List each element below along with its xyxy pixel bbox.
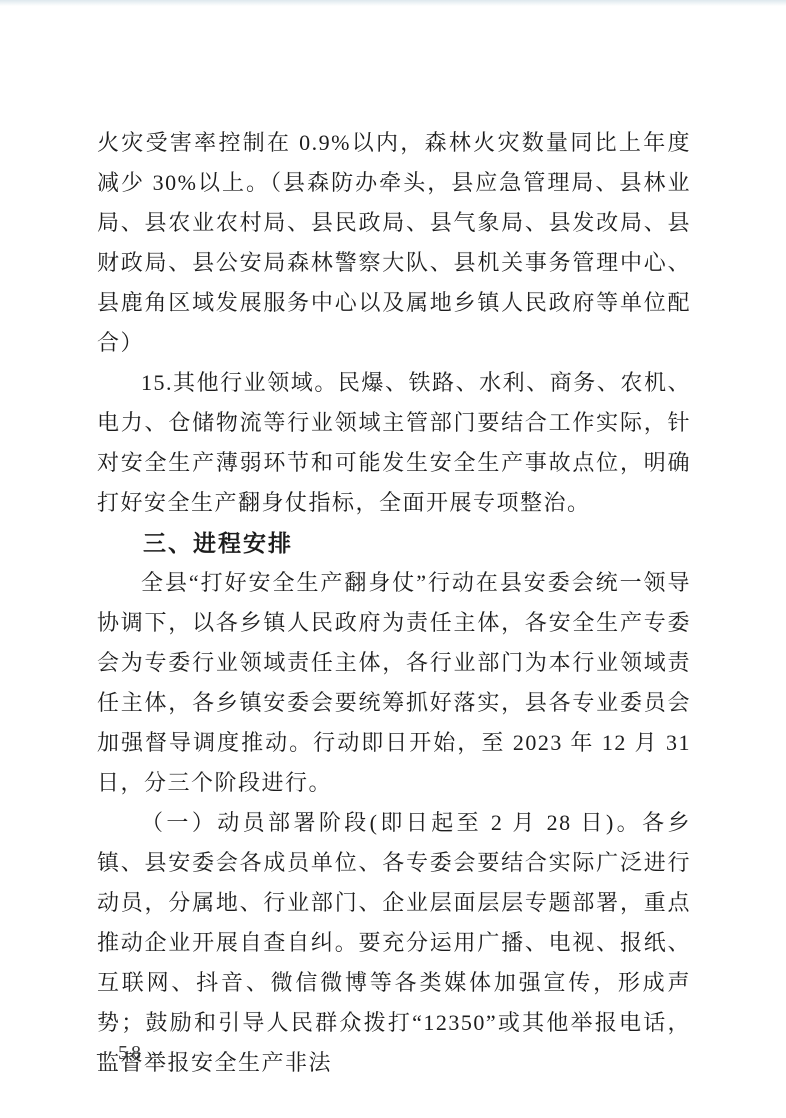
paragraph-stage-one-mobilization: （一）动员部署阶段(即日起至 2 月 28 日)。各乡镇、县安委会各成员单位、各… [97, 803, 691, 1083]
scan-artifact-top-edge [0, 0, 786, 6]
paragraph-item-15-other-industries: 15.其他行业领域。民爆、铁路、水利、商务、农机、电力、仓储物流等行业领域主管部… [97, 363, 691, 523]
section-heading-progress-arrangement: 三、进程安排 [97, 523, 691, 563]
page-number: – 58 – [97, 1042, 165, 1064]
scanned-document-page: 火灾受害率控制在 0.9%以内，森林火灾数量同比上年度减少 30%以上。（县森防… [0, 0, 786, 1118]
paragraph-county-action-leadership: 全县“打好安全生产翻身仗”行动在县安委会统一领导协调下，以各乡镇人民政府为责任主… [97, 563, 691, 803]
page-footer: – 58 – [97, 1041, 165, 1065]
document-body: 火灾受害率控制在 0.9%以内，森林火灾数量同比上年度减少 30%以上。（县森防… [97, 123, 691, 1083]
paragraph-fire-damage-targets: 火灾受害率控制在 0.9%以内，森林火灾数量同比上年度减少 30%以上。（县森防… [97, 123, 691, 363]
